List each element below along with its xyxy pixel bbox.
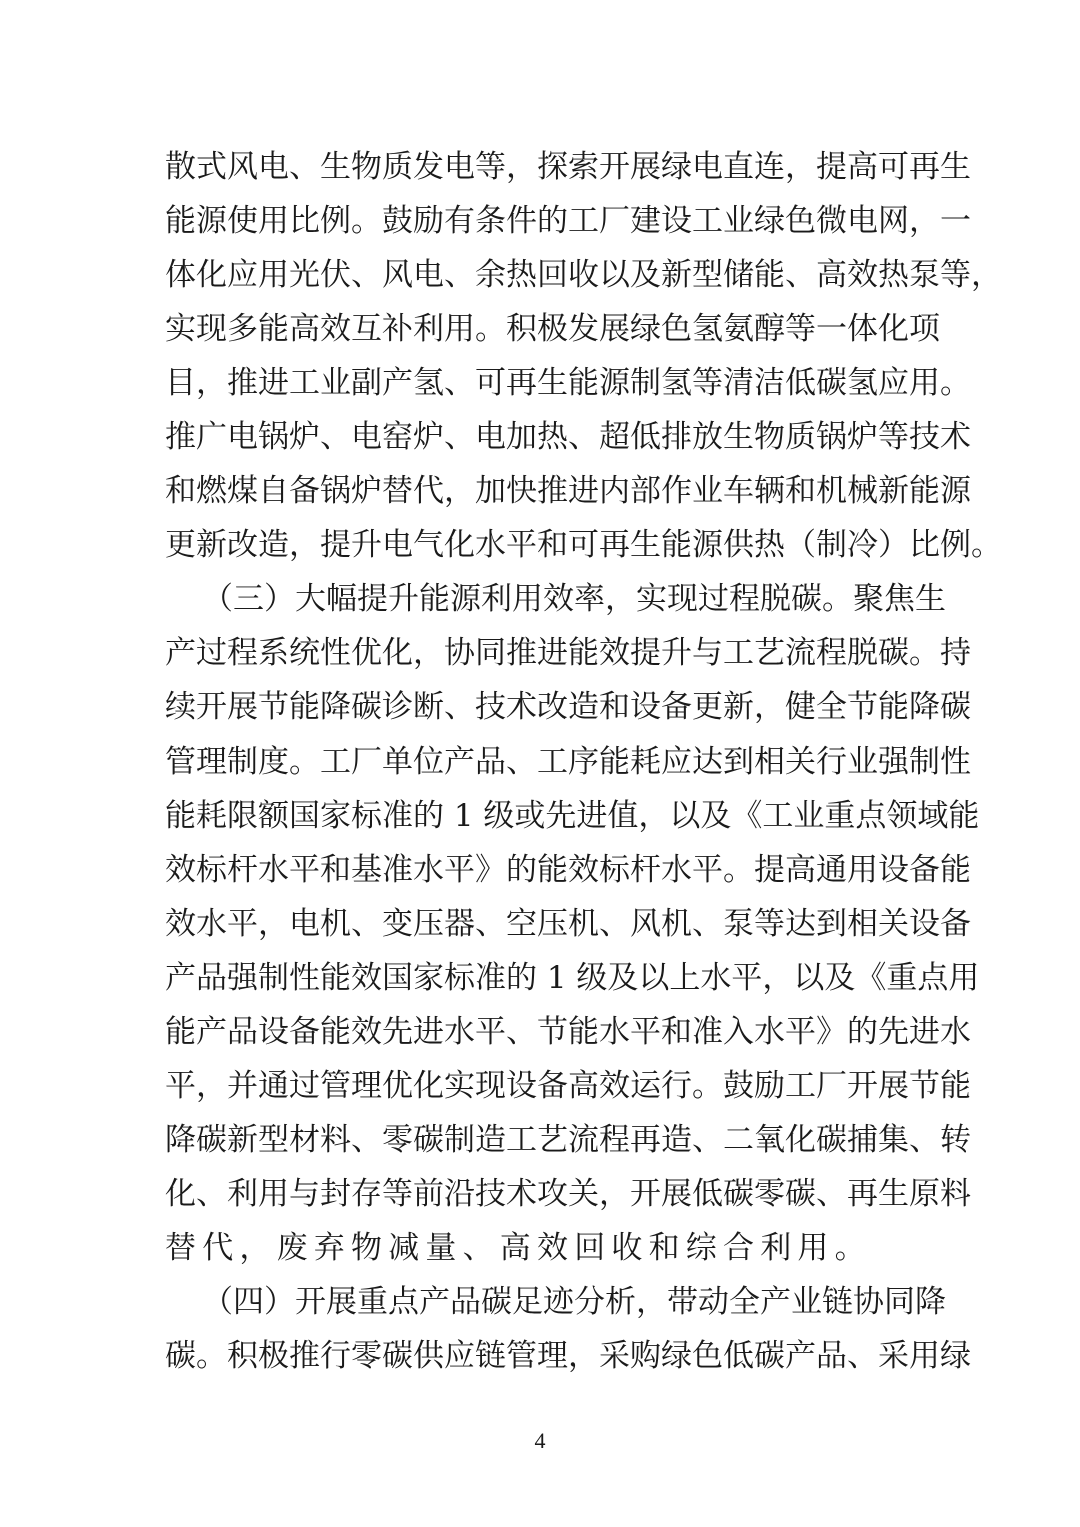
section-heading-line: （四）开展重点产品碳足迹分析，带动全产业链协同降	[165, 1275, 913, 1329]
section-heading-line: （三）大幅提升能源利用效率，实现过程脱碳。聚焦生	[165, 572, 913, 626]
text-line: 碳。积极推行零碳供应链管理，采购绿色低碳产品、采用绿	[165, 1329, 913, 1383]
text-line: 效水平，电机、变压器、空压机、风机、泵等达到相关设备	[165, 897, 913, 951]
text-line: 降碳新型材料、零碳制造工艺流程再造、二氧化碳捕集、转	[165, 1113, 913, 1167]
body-text: 散式风电、生物质发电等，探索开展绿电直连，提高可再生 能源使用比例。鼓励有条件的…	[165, 140, 913, 1383]
text-line: 续开展节能降碳诊断、技术改造和设备更新，健全节能降碳	[165, 680, 913, 734]
text-line: 散式风电、生物质发电等，探索开展绿电直连，提高可再生	[165, 140, 913, 194]
text-line: 和燃煤自备锅炉替代，加快推进内部作业车辆和机械新能源	[165, 464, 913, 518]
page-number: 4	[0, 1428, 1080, 1454]
text-line: 效标杆水平和基准水平》的能效标杆水平。提高通用设备能	[165, 843, 913, 897]
text-line: 实现多能高效互补利用。积极发展绿色氢氨醇等一体化项	[165, 302, 913, 356]
text-line: 推广电锅炉、电窑炉、电加热、超低排放生物质锅炉等技术	[165, 410, 913, 464]
document-page: 散式风电、生物质发电等，探索开展绿电直连，提高可再生 能源使用比例。鼓励有条件的…	[0, 0, 1080, 1527]
text-line: 目，推进工业副产氢、可再生能源制氢等清洁低碳氢应用。	[165, 356, 913, 410]
text-line: 更新改造，提升电气化水平和可再生能源供热（制冷）比例。	[165, 518, 913, 572]
text-line: 能源使用比例。鼓励有条件的工厂建设工业绿色微电网，一	[165, 194, 913, 248]
text-line: 管理制度。工厂单位产品、工序能耗应达到相关行业强制性	[165, 735, 913, 789]
text-line: 体化应用光伏、风电、余热回收以及新型储能、高效热泵等，	[165, 248, 913, 302]
text-line: 能耗限额国家标准的 1 级或先进值，以及《工业重点领域能	[165, 789, 913, 843]
text-line: 化、利用与封存等前沿技术攻关，开展低碳零碳、再生原料	[165, 1167, 913, 1221]
text-line: 替代，废弃物减量、高效回收和综合利用。	[165, 1221, 913, 1275]
text-line: 能产品设备能效先进水平、节能水平和准入水平》的先进水	[165, 1005, 913, 1059]
text-line: 产品强制性能效国家标准的 1 级及以上水平，以及《重点用	[165, 951, 913, 1005]
text-line: 平，并通过管理优化实现设备高效运行。鼓励工厂开展节能	[165, 1059, 913, 1113]
text-line: 产过程系统性优化，协同推进能效提升与工艺流程脱碳。持	[165, 626, 913, 680]
